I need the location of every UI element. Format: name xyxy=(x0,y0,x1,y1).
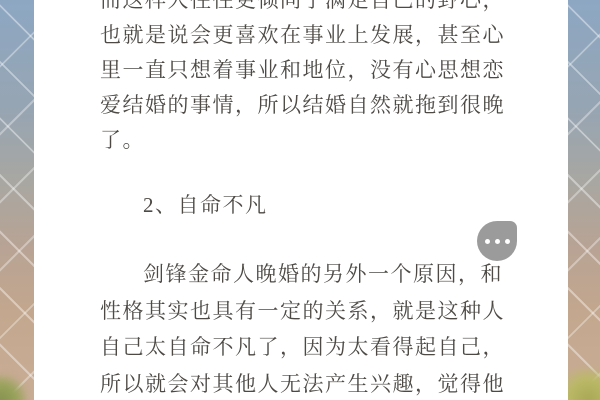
left-background-strip xyxy=(0,0,34,400)
article-page: 而这样人往往更倾向于满足自己的野心， 也就是说会更喜欢在事业上发展，甚至心 里一… xyxy=(34,0,568,400)
right-background-strip xyxy=(568,0,600,400)
section-heading: 2、自命不凡 xyxy=(100,188,510,223)
paragraph-line: 里一直只想着事业和地位，没有心思想恋 xyxy=(100,53,510,88)
article-screen: { "background": { "sky_color": "#8da7c3"… xyxy=(0,0,600,400)
article-content: 而这样人往往更倾向于满足自己的野心， 也就是说会更喜欢在事业上发展，甚至心 里一… xyxy=(34,0,568,400)
paragraph-line: 所以就会对其他人无法产生兴趣，觉得他 xyxy=(100,366,510,400)
paragraph-line: 剑锋金命人晚婚的另外一个原因，和 xyxy=(100,256,510,293)
more-options-button[interactable] xyxy=(477,221,517,261)
paragraph-line: 了。 xyxy=(100,123,510,158)
palm-leaf-decoration xyxy=(0,374,28,400)
paragraph-line: 爱结婚的事情，所以结婚自然就拖到很晚 xyxy=(100,88,510,123)
paragraph-line: 自己太自命不凡了，因为太看得起自己， xyxy=(100,329,510,366)
clipped-top-line: 而这样人往往更倾向于满足自己的野心， xyxy=(100,0,510,18)
ellipsis-icon xyxy=(485,239,490,244)
paragraph-2: 剑锋金命人晚婚的另外一个原因，和 性格其实也具有一定的关系，就是这种人 自己太自… xyxy=(100,256,510,400)
paragraph-line: 也就是说会更喜欢在事业上发展，甚至心 xyxy=(100,18,510,53)
ellipsis-icon xyxy=(505,239,510,244)
paragraph-line: 性格其实也具有一定的关系，就是这种人 xyxy=(100,293,510,330)
paragraph-1: 而这样人往往更倾向于满足自己的野心， 也就是说会更喜欢在事业上发展，甚至心 里一… xyxy=(100,0,510,158)
ellipsis-icon xyxy=(495,239,500,244)
